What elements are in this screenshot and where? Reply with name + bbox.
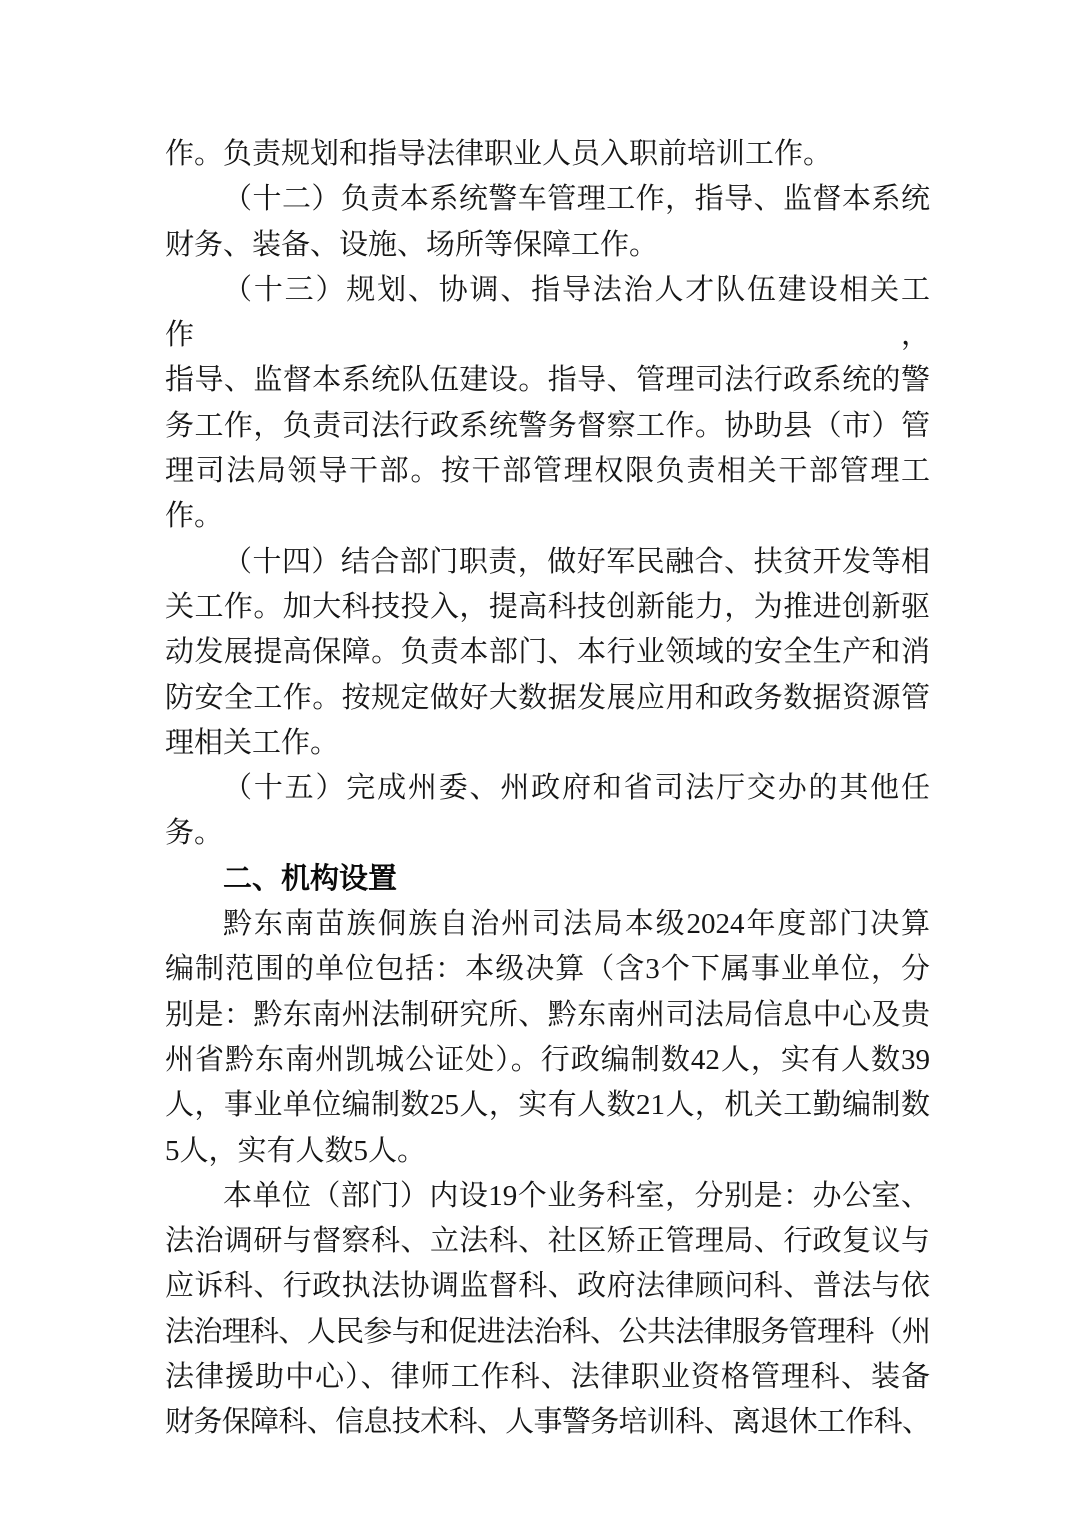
doc-line: 编制范围的单位包括：本级决算（含3个下属事业单位，分: [165, 947, 930, 992]
doc-line: 作。: [165, 494, 930, 539]
doc-line: 指导、监督本系统队伍建设。指导、管理司法行政系统的警: [165, 358, 930, 403]
doc-line: 人，事业单位编制数25人，实有人数21人，机关工勤编制数: [165, 1083, 930, 1128]
doc-line: 财务保障科、信息技术科、人事警务培训科、离退休工作科、: [165, 1400, 930, 1445]
doc-line: 理相关工作。: [165, 721, 930, 766]
doc-line: （十二）负责本系统警车管理工作，指导、监督本系统: [165, 177, 930, 222]
doc-line: 财务、装备、设施、场所等保障工作。: [165, 223, 930, 268]
doc-line: （十四）结合部门职责，做好军民融合、扶贫开发等相: [165, 540, 930, 585]
doc-line: 法律援助中心）、律师工作科、法律职业资格管理科、装备: [165, 1355, 930, 1400]
doc-line: 法治调研与督察科、立法科、社区矫正管理局、行政复议与: [165, 1219, 930, 1264]
doc-line: 别是：黔东南州法制研究所、黔东南州司法局信息中心及贵: [165, 993, 930, 1038]
document-page: 作。负责规划和指导法律职业人员入职前培训工作。 （十二）负责本系统警车管理工作，…: [0, 0, 1074, 1520]
doc-line: 动发展提高保障。负责本部门、本行业领域的安全生产和消: [165, 630, 930, 675]
section-heading: 二、机构设置: [165, 857, 930, 902]
document-body: 作。负责规划和指导法律职业人员入职前培训工作。 （十二）负责本系统警车管理工作，…: [165, 132, 930, 1446]
doc-line: 州省黔东南州凯城公证处）。行政编制数42人，实有人数39: [165, 1038, 930, 1083]
doc-line: 务工作，负责司法行政系统警务督察工作。协助县（市）管: [165, 404, 930, 449]
doc-line: 关工作。加大科技投入，提高科技创新能力，为推进创新驱: [165, 585, 930, 630]
doc-line: 理司法局领导干部。按干部管理权限负责相关干部管理工: [165, 449, 930, 494]
doc-line: 作。负责规划和指导法律职业人员入职前培训工作。: [165, 132, 930, 177]
doc-line: 法治理科、人民参与和促进法治科、公共法律服务管理科（州: [165, 1310, 930, 1355]
doc-line: 防安全工作。按规定做好大数据发展应用和政务数据资源管: [165, 676, 930, 721]
doc-line: （十五）完成州委、州政府和省司法厅交办的其他任务。: [165, 766, 930, 857]
doc-line: 本单位（部门）内设19个业务科室，分别是：办公室、: [165, 1174, 930, 1219]
doc-line: （十三）规划、协调、指导法治人才队伍建设相关工作，: [165, 268, 930, 359]
doc-line: 黔东南苗族侗族自治州司法局本级2024年度部门决算: [165, 902, 930, 947]
doc-line: 5人，实有人数5人。: [165, 1129, 930, 1174]
doc-line: 应诉科、行政执法协调监督科、政府法律顾问科、普法与依: [165, 1264, 930, 1309]
